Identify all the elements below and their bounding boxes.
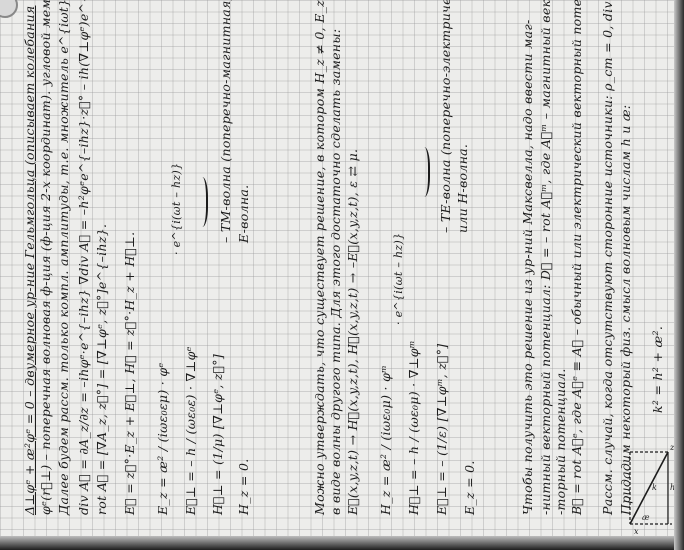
tm-exponent-factor: · e^{i(ωt – hz)} [170,163,183,255]
te-exponent-factor: · e^{i(ωt – hz)} [392,233,405,325]
rot-a-formula: rot A⃗ = [∇A_z, z⃗°] = [∇⊥φᵉ, z⃗°]e^{–ih… [94,224,109,515]
magnetic-potential-line: -нитный векторный потенциал: D⃗ = – rot … [538,0,553,515]
text-line: φᵉ(r⃗⊥) – поперечная волновая ф-ция (ф-ц… [38,0,53,515]
text-line: -нитный векторный потенциал: D⃗ = – rot … [538,0,553,515]
tm-ez-formula: E_z = æ² / (iωε₀εμ) · φᵉ [155,362,170,515]
text-line: E-волна. [236,185,251,243]
field-decomposition: E⃗ = z⃗°·E_z + E⃗⊥, H⃗ = z⃗°·H_z + H⃗⊥. [122,232,137,515]
substitution-line: E⃗(x,y,z,t) → H⃗(x,y,z,t), H⃗(x,y,z,t) →… [345,149,360,515]
e-wave-label: E-волна. [236,185,251,243]
te-hz-formula: H_z = æ² / (iωε₀μ) · φᵐ [378,365,393,515]
text-line: E⃗ = z⃗°·E_z + E⃗⊥, H⃗ = z⃗°·H_z + H⃗⊥. [122,232,137,515]
tm-hperp-formula: H⃗⊥ = (1/μ) [∇⊥φᵉ, z⃗°] [210,354,225,515]
text-line: Далее будем рассм. только компл. амплиту… [56,0,71,515]
te-wave-label: – TE-волна (поперечно-электрическая) [438,0,453,233]
te-ez-formula: E_z = 0. [462,460,477,515]
formula: H⃗⊥ = – h / (ωε₀μ) · ∇⊥φᵐ [406,340,421,515]
duality-statement-line: Можно утверждать, что существует решение… [312,0,327,515]
formula: H⃗⊥ = (1/μ) [∇⊥φᵉ, z⃗°] [210,354,225,515]
tm-brace [194,177,208,227]
text-line: rot A⃗ = [∇A_z, z⃗°] = [∇⊥φᵉ, z⃗°]e^{–ih… [94,224,109,515]
notebook-page: Δ⊥φᵉ + æ²φᵉ = 0 – двумерное ур-ние Гельм… [0,0,676,538]
potential-continuation: -торный потенциал. [553,368,568,515]
maxwell-derivation-line: Чтобы получить это решение из ур-ний Мак… [520,19,535,515]
text-line: Чтобы получить это решение из ур-ний Мак… [520,19,535,515]
text-line: k² = h² + æ². [650,326,665,413]
te-eperp-formula: E⃗⊥ = – (1/ε) [∇⊥φᵐ, z⃗°] [434,344,449,515]
text-line: B⃗ = rot A⃗ᵉ, где A⃗ᵉ ≡ A⃗ – обычный или… [569,0,584,515]
text-line: в виде волны другого типа. Для этого дос… [328,29,343,515]
tm-hz-formula: H_z = 0. [236,459,251,515]
formula: H_z = 0. [236,459,251,515]
text-line: div A⃗ = ∂A_z/∂z = –ihφᵉ·e^{–ihz} ∇div A… [76,0,91,515]
complex-amplitudes-line: Далее будем рассм. только компл. амплиту… [56,0,71,515]
text-line: Можно утверждать, что существует решение… [312,0,327,515]
page-corner-ring [0,0,18,18]
formula: E⃗⊥ = – (1/ε) [∇⊥φᵐ, z⃗°] [434,344,449,515]
formula: · e^{i(ωt – hz)} [392,233,405,325]
text-line: – TE-волна (поперечно-электрическая) [438,0,453,233]
te-brace [416,147,430,197]
tm-wave-label: – TM-волна (поперечно-магнитная) или [218,0,233,243]
page-edge-shadow [0,536,684,550]
h-wave-label: или H-волна. [455,144,470,233]
text-line: – TM-волна (поперечно-магнитная) или [218,0,233,243]
electric-potential-line: B⃗ = rot A⃗ᵉ, где A⃗ᵉ ≡ A⃗ – обычный или… [569,0,584,515]
transverse-wave-function-line: φᵉ(r⃗⊥) – поперечная волновая ф-ция (ф-ц… [38,0,53,515]
helmholtz-equation: Δ⊥φᵉ + æ²φᵉ = 0 – двумерное ур-ние Гельм… [22,6,37,515]
wave-number-triangle-diagram: x z k h æ [622,440,676,536]
text-line: -торный потенциал. [553,368,568,515]
wave-number-relation: k² = h² + æ². [650,326,665,413]
text-line: E⃗(x,y,z,t) → H⃗(x,y,z,t), H⃗(x,y,z,t) →… [345,149,360,515]
div-a-formula: div A⃗ = ∂A_z/∂z = –ihφᵉ·e^{–ihz} ∇div A… [76,0,91,515]
duality-statement-line: в виде волны другого типа. Для этого дос… [328,29,343,515]
tm-eperp-formula: E⃗⊥ = – h / (ωε₀ε) · ∇⊥φᵉ [183,346,198,515]
page-edge-shadow [674,0,684,550]
diagram-label-x: x [634,527,639,536]
formula: H_z = æ² / (iωε₀μ) · φᵐ [378,365,393,515]
text-line: Рассм. случай, когда отсутствуют сторонн… [600,0,615,515]
diagram-label-ae: æ [642,513,650,522]
formula: E_z = 0. [462,460,477,515]
formula: E_z = æ² / (iωε₀εμ) · φᵉ [155,362,170,515]
text-line: Δ⊥φᵉ + æ²φᵉ = 0 – двумерное ур-ние Гельм… [22,6,37,515]
diagram-label-k: k [652,483,657,492]
formula: · e^{i(ωt – hz)} [170,163,183,255]
formula: E⃗⊥ = – h / (ωε₀ε) · ∇⊥φᵉ [183,346,198,515]
no-sources-line: Рассм. случай, когда отсутствуют сторонн… [600,0,615,515]
text-line: или H-волна. [455,144,470,233]
te-hperp-formula: H⃗⊥ = – h / (ωε₀μ) · ∇⊥φᵐ [406,340,421,515]
